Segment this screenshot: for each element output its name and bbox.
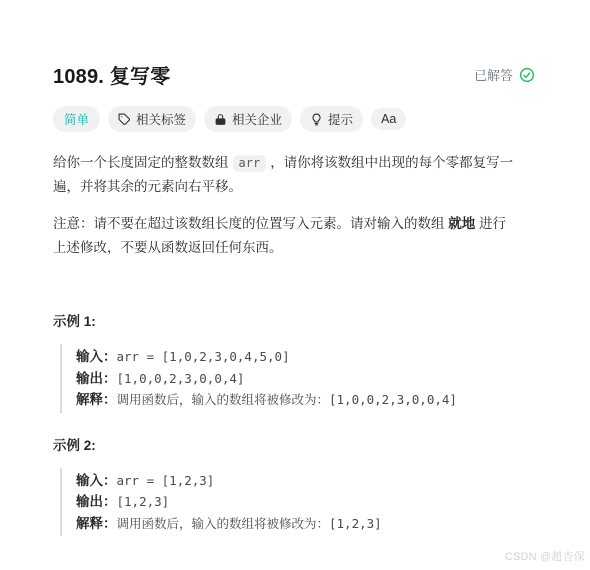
example-1-input-line: 输入：arr = [1,0,2,3,0,4,5,0]	[76, 346, 535, 368]
explain-value: 调用函数后，输入的数组将被修改为：[1,0,0,2,3,0,0,4]	[117, 392, 457, 407]
output-label: 输出：	[76, 371, 117, 386]
input-label: 输入：	[76, 473, 117, 488]
p1-text-before: 给你一个长度固定的整数数组	[53, 155, 229, 170]
explain-label: 解释：	[76, 392, 117, 407]
lock-icon	[214, 113, 227, 126]
related-tags-label: 相关标签	[136, 110, 186, 128]
related-tags-button[interactable]: 相关标签	[108, 106, 196, 132]
description-paragraph-2: 注意：请不要在超过该数组长度的位置写入元素。请对输入的数组 就地 进行上述修改，…	[53, 212, 515, 260]
check-circle-icon	[519, 67, 535, 83]
example-2-heading: 示例 2:	[53, 434, 535, 454]
csdn-watermark: CSDN @趙杏保	[505, 548, 585, 564]
output-label: 输出：	[76, 494, 117, 509]
example-1-explain-line: 解释：调用函数后，输入的数组将被修改为：[1,0,0,2,3,0,0,4]	[76, 389, 535, 411]
explain-value: 调用函数后，输入的数组将被修改为：[1,2,3]	[117, 516, 382, 531]
example-2-input-line: 输入：arr = [1,2,3]	[76, 470, 535, 492]
font-size-button[interactable]: Aa	[371, 108, 406, 130]
inline-code-arr: arr	[233, 155, 267, 172]
example-1-block: 输入：arr = [1,0,2,3,0,4,5,0] 输出：[1,0,0,2,3…	[60, 344, 535, 413]
problem-description: 给你一个长度固定的整数数组arr，请你将该数组中出现的每个零都复写一遍，并将其余…	[53, 151, 515, 260]
hint-button[interactable]: 提示	[300, 106, 363, 132]
lightbulb-icon	[310, 113, 323, 126]
difficulty-label: 简单	[64, 110, 89, 128]
example-2-output-line: 输出：[1,2,3]	[76, 491, 535, 513]
example-2-explain-line: 解释：调用函数后，输入的数组将被修改为：[1,2,3]	[76, 513, 535, 535]
solved-status-label: 已解答	[474, 65, 513, 84]
tag-icon	[118, 113, 131, 126]
hint-label: 提示	[328, 110, 353, 128]
related-companies-label: 相关企业	[232, 110, 282, 128]
related-companies-button[interactable]: 相关企业	[204, 106, 292, 132]
explain-label: 解释：	[76, 516, 117, 531]
p2-text-before: 注意：请不要在超过该数组长度的位置写入元素。请对输入的数组	[53, 216, 448, 231]
font-size-icon: Aa	[381, 112, 396, 126]
input-label: 输入：	[76, 349, 117, 364]
description-paragraph-1: 给你一个长度固定的整数数组arr，请你将该数组中出现的每个零都复写一遍，并将其余…	[53, 151, 515, 199]
example-1-heading: 示例 1:	[53, 310, 535, 330]
solved-status-badge: 已解答	[474, 65, 535, 84]
problem-content: 1089. 复写零 已解答 简单	[0, 0, 590, 536]
output-value: [1,2,3]	[117, 494, 170, 509]
problem-title: 1089. 复写零	[53, 60, 170, 89]
input-value: arr = [1,0,2,3,0,4,5,0]	[117, 349, 290, 364]
input-value: arr = [1,2,3]	[117, 473, 215, 488]
title-row: 1089. 复写零 已解答	[53, 60, 535, 89]
difficulty-badge[interactable]: 简单	[53, 106, 100, 132]
example-2-block: 输入：arr = [1,2,3] 输出：[1,2,3] 解释：调用函数后，输入的…	[60, 468, 535, 537]
output-value: [1,0,0,2,3,0,0,4]	[117, 371, 245, 386]
problem-page: 1089. 复写零 已解答 简单	[0, 0, 590, 570]
tag-row: 简单 相关标签 相关企业	[53, 106, 535, 132]
p2-bold-inplace: 就地	[448, 216, 475, 231]
example-1-output-line: 输出：[1,0,0,2,3,0,0,4]	[76, 368, 535, 390]
